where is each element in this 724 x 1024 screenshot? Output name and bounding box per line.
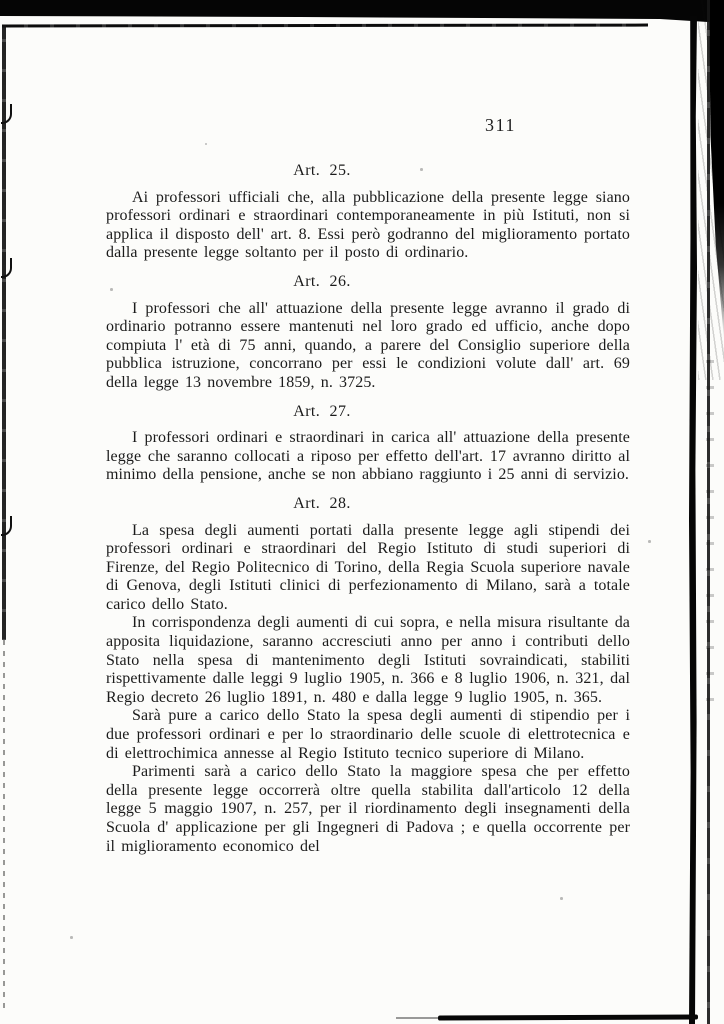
bottom-scan-line — [438, 1014, 698, 1020]
paragraph: Sarà pure a carico dello Stato la spesa … — [106, 707, 630, 763]
bottom-scan-line-lead — [396, 1017, 442, 1019]
left-margin-scan-mark-faint — [3, 640, 5, 1010]
scanned-page: 311 Art. 25. Ai professori ufficiali che… — [0, 0, 724, 1024]
paragraph: I professori ordinari e straordinari in … — [106, 429, 630, 485]
article-section: Art. 28. La spesa degli aumenti portati … — [106, 495, 630, 856]
article-heading: Art. 27. — [106, 403, 538, 422]
right-scan-specks — [706, 360, 714, 720]
left-hook-mark — [1, 516, 12, 536]
left-hook-mark — [1, 258, 12, 278]
article-section: Art. 27. I professori ordinari e straord… — [106, 403, 630, 485]
scan-speck — [205, 143, 207, 145]
page-number: 311 — [485, 115, 516, 136]
article-heading: Art. 25. — [106, 162, 538, 181]
paragraph: La spesa degli aumenti portati dalla pre… — [106, 522, 630, 615]
paragraph: In corrispondenza degli aumenti di cui s… — [106, 614, 630, 707]
page-text: Art. 25. Ai professori ufficiali che, al… — [106, 152, 630, 856]
left-hook-mark — [1, 104, 12, 124]
paragraph: I professori che all' attuazione della p… — [106, 300, 630, 393]
top-scan-rule — [2, 24, 648, 28]
paragraph: Parimenti sarà a carico dello Stato la m… — [106, 763, 630, 856]
top-scan-band — [0, 0, 724, 23]
article-heading: Art. 26. — [106, 273, 538, 292]
article-section: Art. 25. Ai professori ufficiali che, al… — [106, 162, 630, 263]
paragraph: Ai professori ufficiali che, alla pubbli… — [106, 189, 630, 263]
scan-speck — [560, 897, 563, 900]
scan-speck — [70, 936, 73, 939]
scan-speck — [648, 540, 651, 543]
right-scan-line-thick — [689, 16, 697, 1024]
article-section: Art. 26. I professori che all' attuazion… — [106, 273, 630, 393]
article-heading: Art. 28. — [106, 495, 538, 514]
